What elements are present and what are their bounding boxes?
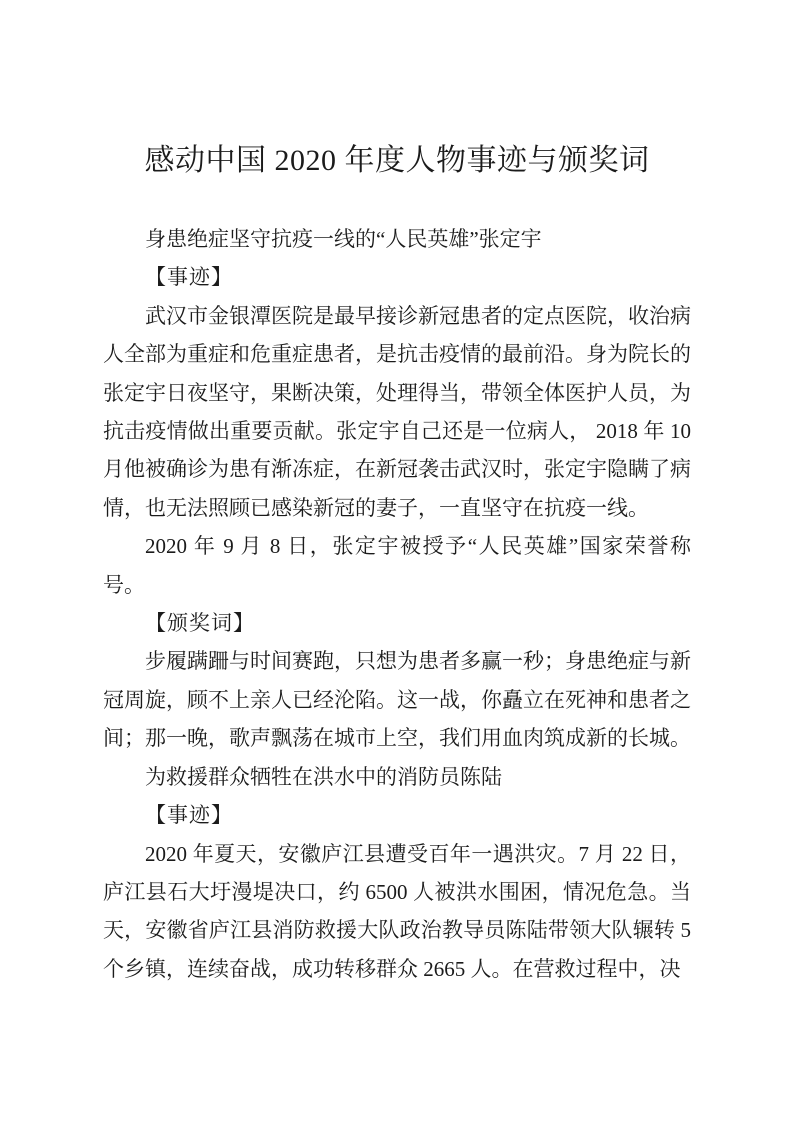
award-speech-label: 【颁奖词】 — [103, 604, 691, 642]
deeds-label-1: 【事迹】 — [103, 258, 691, 296]
section-heading-zhang-dingyu: 身患绝症坚守抗疫一线的“人民英雄”张定宇 — [103, 220, 691, 258]
document-title: 感动中国 2020 年度人物事迹与颁奖词 — [103, 138, 691, 184]
section-heading-chen-lu: 为救援群众牺牲在洪水中的消防员陈陆 — [103, 758, 691, 796]
document-content: 感动中国 2020 年度人物事迹与颁奖词 身患绝症坚守抗疫一线的“人民英雄”张定… — [103, 138, 691, 988]
award-speech-paragraph-zhang-dingyu: 步履蹒跚与时间赛跑，只想为患者多赢一秒；身患绝症与新冠周旋，顾不上亲人已经沦陷。… — [103, 642, 691, 757]
document-page: 感动中国 2020 年度人物事迹与颁奖词 身患绝症坚守抗疫一线的“人民英雄”张定… — [0, 0, 793, 1122]
deeds-paragraph-chen-lu: 2020 年夏天，安徽庐江县遭受百年一遇洪灾。7 月 22 日，庐江县石大圩漫堤… — [103, 835, 691, 989]
honor-paragraph-zhang-dingyu: 2020 年 9 月 8 日，张定宇被授予“人民英雄”国家荣誉称号。 — [103, 527, 691, 604]
deeds-paragraph-zhang-dingyu: 武汉市金银潭医院是最早接诊新冠患者的定点医院，收治病人全部为重症和危重症患者，是… — [103, 297, 691, 527]
deeds-label-2: 【事迹】 — [103, 796, 691, 834]
